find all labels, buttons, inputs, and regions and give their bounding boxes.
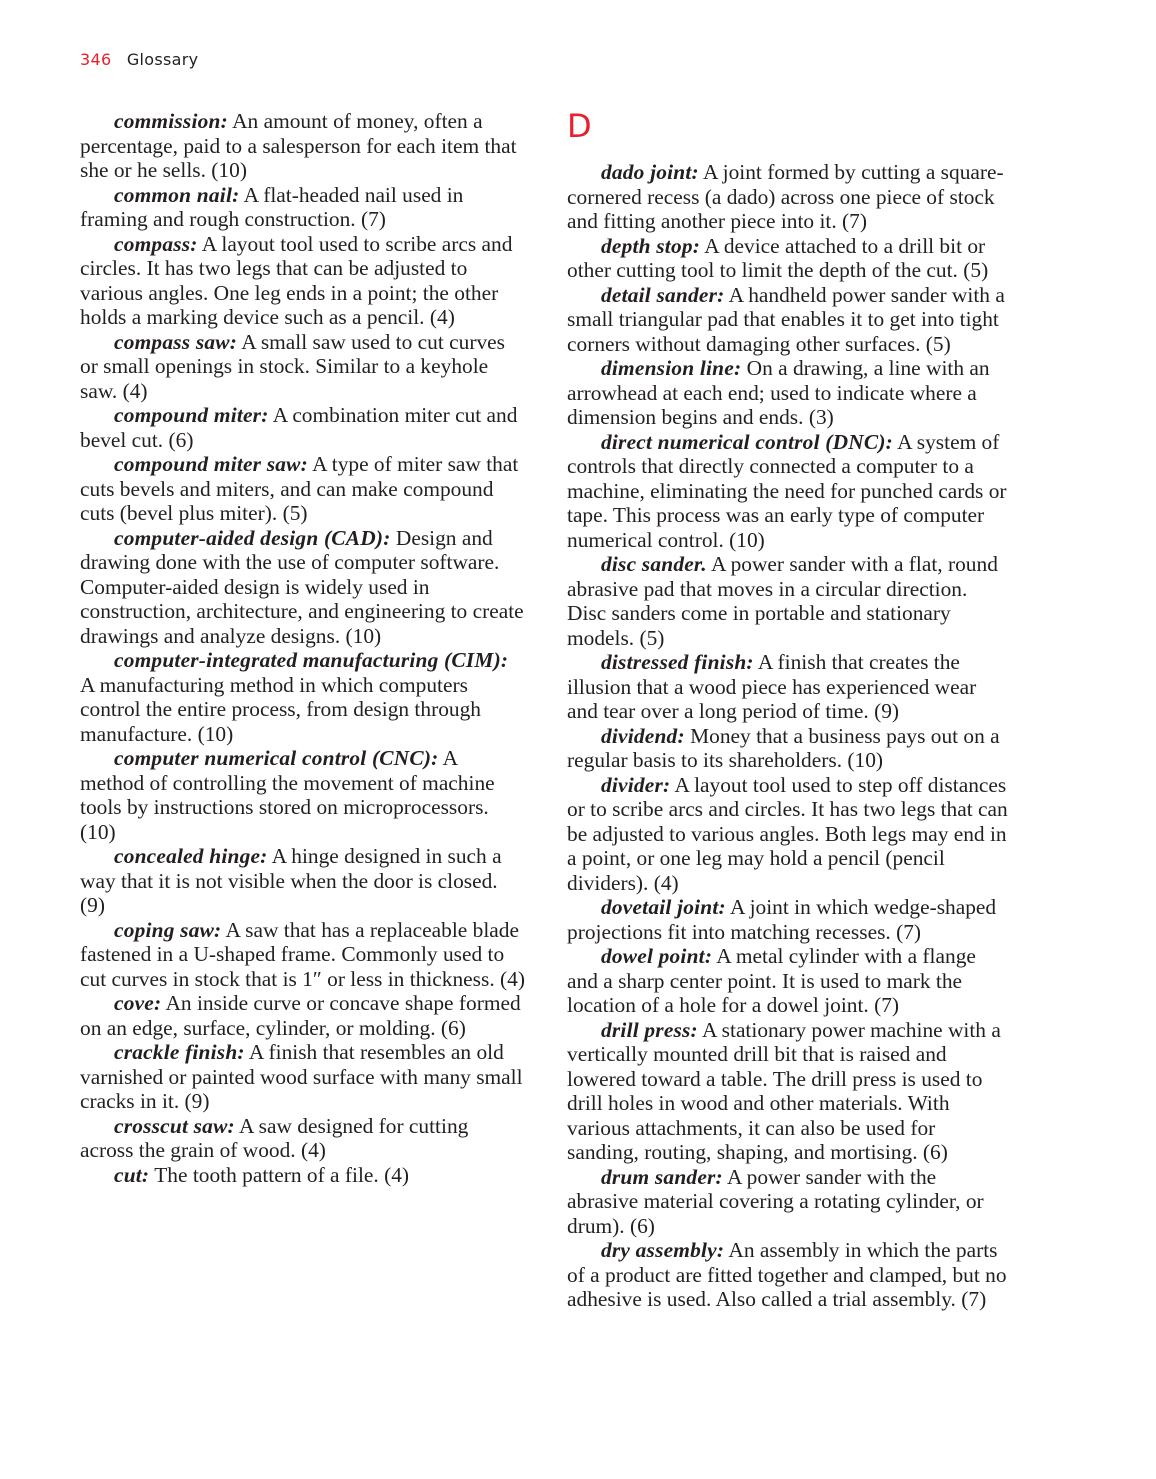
- glossary-term: cove:: [114, 991, 161, 1015]
- chapter-reference: (7): [356, 207, 386, 231]
- chapter-reference: (9): [869, 699, 899, 723]
- glossary-entry: computer-aided design (CAD): Design and …: [80, 526, 526, 649]
- glossary-term: dry assembly:: [601, 1238, 724, 1262]
- glossary-entry: disc sander. A power sander with a flat,…: [567, 552, 1011, 650]
- chapter-reference: (4): [648, 871, 678, 895]
- glossary-term: dowel point:: [601, 944, 712, 968]
- chapter-reference: (5): [958, 258, 988, 282]
- glossary-term: compound miter:: [114, 403, 269, 427]
- glossary-term: drill press:: [601, 1018, 698, 1042]
- glossary-entry: drum sander: A power sander with the abr…: [567, 1165, 1011, 1239]
- chapter-reference: (4): [495, 967, 525, 991]
- glossary-entry: compass: A layout tool used to scribe ar…: [80, 232, 526, 330]
- chapter-reference: (4): [117, 379, 147, 403]
- glossary-term: common nail:: [114, 183, 239, 207]
- glossary-entry: dowel point: A metal cylinder with a fla…: [567, 944, 1011, 1018]
- glossary-term: distressed finish:: [601, 650, 754, 674]
- glossary-entry: crosscut saw: A saw designed for cutting…: [80, 1114, 526, 1163]
- chapter-reference: (6): [436, 1016, 466, 1040]
- glossary-term: dividend:: [601, 724, 685, 748]
- chapter-reference: (10): [842, 748, 883, 772]
- glossary-term: commission:: [114, 109, 228, 133]
- glossary-entry: detail sander: A handheld power sander w…: [567, 283, 1011, 357]
- glossary-term: divider:: [601, 773, 670, 797]
- chapter-reference: (7): [869, 993, 899, 1017]
- glossary-entry: compound miter: A combination miter cut …: [80, 403, 526, 452]
- chapter-reference: (5): [634, 626, 664, 650]
- glossary-entry: computer numerical control (CNC): A meth…: [80, 746, 526, 844]
- chapter-reference: (4): [379, 1163, 409, 1187]
- glossary-column-right: dado joint: A joint formed by cutting a …: [567, 160, 1011, 1312]
- glossary-definition: The tooth pattern of a file.: [149, 1163, 378, 1187]
- glossary-term: concealed hinge:: [114, 844, 268, 868]
- glossary-term: dimension line:: [601, 356, 741, 380]
- glossary-term: depth stop:: [601, 234, 700, 258]
- glossary-entry: coping saw: A saw that has a replaceable…: [80, 918, 526, 992]
- glossary-term: dado joint:: [601, 160, 699, 184]
- glossary-entry: computer-integrated manufacturing (CIM):…: [80, 648, 526, 746]
- glossary-entry: cove: An inside curve or concave shape f…: [80, 991, 526, 1040]
- chapter-reference: (5): [277, 501, 307, 525]
- chapter-reference: (10): [206, 158, 247, 182]
- glossary-term: computer numerical control (CNC):: [114, 746, 439, 770]
- glossary-term: compound miter saw:: [114, 452, 308, 476]
- glossary-definition: A manufacturing method in which computer…: [80, 673, 481, 746]
- section-letter-heading: D: [567, 108, 592, 144]
- glossary-term: disc sander.: [601, 552, 707, 576]
- glossary-entry: dividend: Money that a business pays out…: [567, 724, 1011, 773]
- chapter-reference: (5): [920, 332, 950, 356]
- chapter-reference: (10): [80, 820, 116, 844]
- glossary-entry: compound miter saw: A type of miter saw …: [80, 452, 526, 526]
- glossary-term: compass:: [114, 232, 198, 256]
- running-title: Glossary: [127, 50, 199, 69]
- glossary-term: computer-aided design (CAD):: [114, 526, 391, 550]
- chapter-reference: (7): [891, 920, 921, 944]
- glossary-entry: distressed finish: A finish that creates…: [567, 650, 1011, 724]
- chapter-reference: (9): [80, 893, 105, 917]
- glossary-term: coping saw:: [114, 918, 221, 942]
- chapter-reference: (10): [724, 528, 765, 552]
- chapter-reference: (3): [803, 405, 833, 429]
- page-number: 346: [80, 50, 111, 69]
- glossary-term: cut:: [114, 1163, 149, 1187]
- glossary-term: direct numerical control (DNC):: [601, 430, 893, 454]
- glossary-term: computer-integrated manufacturing (CIM):: [114, 648, 508, 672]
- glossary-term: compass saw:: [114, 330, 237, 354]
- glossary-entry: commission: An amount of money, often a …: [80, 109, 526, 183]
- glossary-entry: dimension line: On a drawing, a line wit…: [567, 356, 1011, 430]
- glossary-entry: cut: The tooth pattern of a file. (4): [80, 1163, 526, 1188]
- glossary-entry: depth stop: A device attached to a drill…: [567, 234, 1011, 283]
- glossary-entry: direct numerical control (DNC): A system…: [567, 430, 1011, 553]
- chapter-reference: (9): [179, 1089, 209, 1113]
- glossary-term: dovetail joint:: [601, 895, 726, 919]
- glossary-entry: drill press: A stationary power machine …: [567, 1018, 1011, 1165]
- running-head: 346 Glossary: [80, 49, 198, 71]
- glossary-term: crackle finish:: [114, 1040, 245, 1064]
- chapter-reference: (6): [163, 428, 193, 452]
- glossary-entry: common nail: A flat-headed nail used in …: [80, 183, 526, 232]
- glossary-column-left: commission: An amount of money, often a …: [80, 109, 526, 1187]
- glossary-entry: dry assembly: An assembly in which the p…: [567, 1238, 1011, 1312]
- chapter-reference: (4): [296, 1138, 326, 1162]
- glossary-entry: compass saw: A small saw used to cut cur…: [80, 330, 526, 404]
- chapter-reference: (7): [837, 209, 867, 233]
- chapter-reference: (6): [918, 1140, 948, 1164]
- glossary-entry: divider: A layout tool used to step off …: [567, 773, 1011, 896]
- chapter-reference: (4): [425, 305, 455, 329]
- glossary-term: detail sander:: [601, 283, 724, 307]
- chapter-reference: (10): [340, 624, 381, 648]
- glossary-entry: dovetail joint: A joint in which wedge-s…: [567, 895, 1011, 944]
- glossary-term: drum sander:: [601, 1165, 723, 1189]
- glossary-term: crosscut saw:: [114, 1114, 235, 1138]
- glossary-entry: concealed hinge: A hinge designed in suc…: [80, 844, 526, 918]
- chapter-reference: (7): [956, 1287, 986, 1311]
- chapter-reference: (10): [192, 722, 233, 746]
- glossary-entry: dado joint: A joint formed by cutting a …: [567, 160, 1011, 234]
- glossary-entry: crackle finish: A finish that resembles …: [80, 1040, 526, 1114]
- chapter-reference: (6): [625, 1214, 655, 1238]
